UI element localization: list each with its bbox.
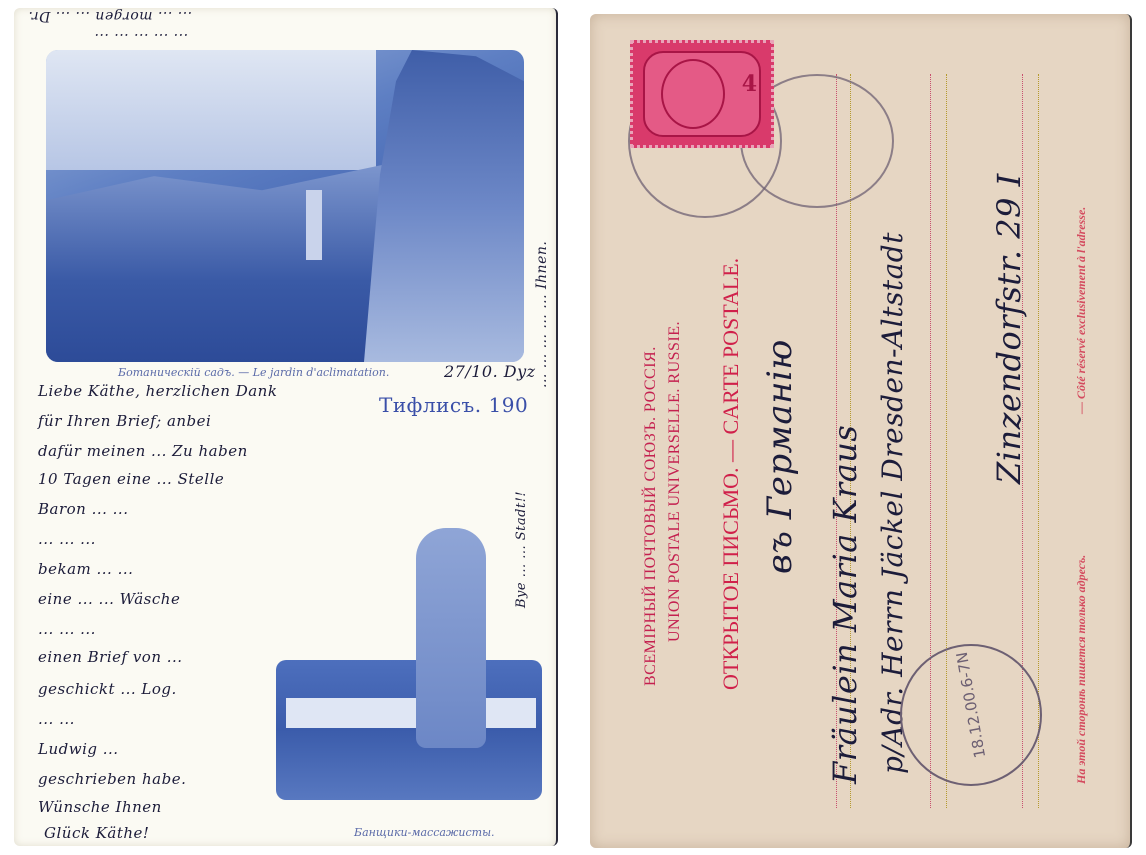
photo-caption-bottom: Банщики-массажисты. [354, 826, 495, 839]
stamp-value: 4 [742, 71, 757, 97]
photo-caption-top: Ботаническій садъ. — Le jardin d'aclimat… [118, 366, 389, 379]
mountain-cliff [364, 50, 524, 362]
side-note: ... ... ... ... ... Ihnen. [534, 241, 550, 388]
letter-line: Wünsche Ihnen [38, 798, 162, 816]
letter-line: eine ... ... Wäsche [38, 590, 180, 608]
side-note-french: — Côté réservé exclusivement à l'adresse… [1074, 207, 1089, 414]
stamp-eagle-emblem [661, 59, 725, 129]
hills [46, 160, 406, 362]
letter-line: für Ihren Brief; anbei [38, 412, 211, 430]
postmark-date: 18.12.00.6-7N [950, 635, 992, 774]
tower [306, 190, 322, 260]
place-stamp: Тифлисъ. 190 [379, 393, 528, 417]
letter-line: dafür meinen ... Zu haben [38, 442, 248, 460]
bench-seat [286, 698, 536, 728]
letter-line: 10 Tagen eine ... Stelle [38, 470, 224, 488]
letter-line: Glück Käthe! [44, 824, 149, 842]
letter-line: bekam ... ... [38, 560, 133, 578]
letter-line: ... ... [38, 710, 75, 728]
upside-down-note-2: ... ... ... ... ... [94, 30, 188, 46]
bench [276, 660, 542, 800]
card-title: ОТКРЫТОЕ ПИСЬМО. — CARTE POSTALE. [718, 258, 744, 690]
upside-down-note-1: ... ... morgen ... ... Dr. [28, 8, 192, 24]
header-line-2: UNION POSTALE UNIVERSELLE. RUSSIE. [666, 321, 684, 642]
letter-line: ... ... ... [38, 620, 96, 638]
bath-attendants-photo [276, 528, 542, 808]
botanical-garden-photo [46, 50, 524, 362]
letter-line: geschickt ... Log. [38, 680, 177, 698]
letter-line: geschrieben habe. [38, 770, 186, 788]
standing-figure [416, 528, 486, 748]
address-street: Zinzendorfstr. 29 I [990, 173, 1028, 484]
postcard-front: ... ... morgen ... ... Dr. ... ... ... .… [14, 8, 558, 846]
address-recipient: Fräulein Maria Kraus [826, 425, 864, 784]
address-country: въ Германію [760, 339, 800, 574]
sky [46, 50, 376, 170]
dresden-postmark: 18.12.00.6-7N [900, 644, 1042, 786]
letter-line: Ludwig ... [38, 740, 119, 758]
letter-line: Liebe Käthe, herzlichen Dank [38, 382, 277, 400]
side-note-russian: На этой сторонѣ пишется только адресъ. [1074, 555, 1089, 784]
letter-line: Baron ... ... [38, 500, 128, 518]
date-note: 27/10. Dyz [444, 362, 536, 381]
postage-stamp: 4 [630, 40, 774, 148]
letter-line: einen Brief von ... [38, 648, 183, 666]
header-line-1: ВСЕМІРНЫЙ ПОЧТОВЫЙ СОЮЗЪ. РОССІЯ. [642, 346, 660, 686]
letter-line: ... ... ... [38, 530, 96, 548]
